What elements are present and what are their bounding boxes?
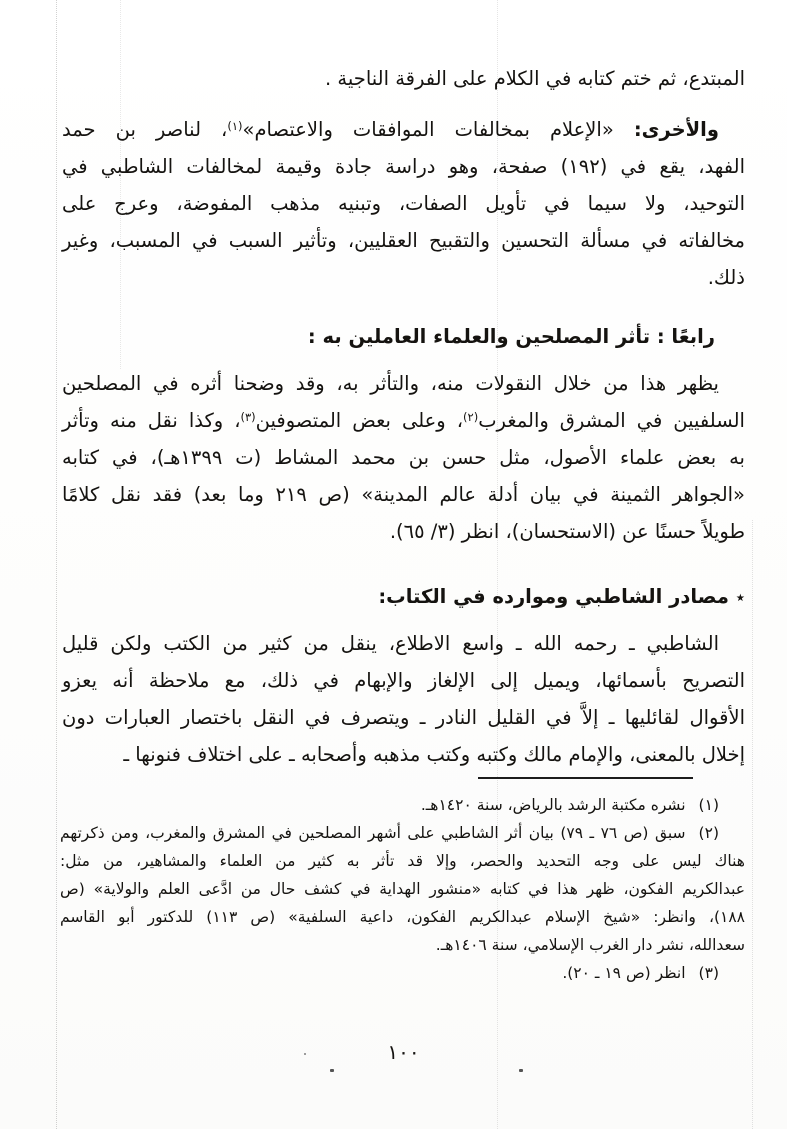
footnote-separator bbox=[478, 777, 693, 779]
footnote-ref-2: (٢) bbox=[463, 410, 478, 424]
body-line: الشاطبي ـ رحمه الله ـ واسع الاطلاع، ينقل… bbox=[62, 625, 745, 662]
footnote-3: (٣)انظر (ص ١٩ ـ ٢٠). bbox=[60, 959, 745, 987]
footnote-number: (٣) bbox=[699, 964, 719, 982]
footnote-2-line: ١٨٨)، وانظر: «شيخ الإسلام عبدالكريم الفك… bbox=[60, 903, 745, 931]
body-line: السلفيين في المشرق والمغرب(٢)، وعلى بعض … bbox=[62, 402, 745, 439]
paragraph-influence: يظهر هذا من خلال النقولات منه، والتأثر ب… bbox=[62, 365, 745, 550]
body-line: به بعض علماء الأصول، مثل حسن بن محمد الم… bbox=[62, 439, 745, 476]
scan-speck bbox=[519, 1069, 523, 1072]
footnote-1: (١)نشره مكتبة الرشد بالرياض، سنة ١٤٢٠هـ. bbox=[60, 791, 745, 819]
scan-artifact-line bbox=[752, 520, 753, 1129]
body-line: مخالفاته في مسألة التحسين والتقبيح العقل… bbox=[62, 222, 745, 259]
footnote-text: انظر (ص ١٩ ـ ٢٠). bbox=[562, 964, 685, 982]
body-line: الفهد، يقع في (١٩٢) صفحة، وهو دراسة جادة… bbox=[62, 148, 745, 185]
footnote-2-line: عبدالكريم الفكون، ظهر هذا في كتابه «منشو… bbox=[60, 875, 745, 903]
star-marker-icon: ٭ bbox=[736, 588, 745, 608]
heading-fourth-influence: رابعًا : تأثر المصلحين والعلماء العاملين… bbox=[62, 318, 745, 355]
footnote-ref-3: (٣) bbox=[240, 410, 255, 424]
body-line: طويلاً حسنًا عن (الاستحسان)، انظر (٣/ ٦٥… bbox=[62, 513, 745, 550]
body-line: إخلال بالمعنى، والإمام مالك وكتبه وكتب م… bbox=[62, 736, 745, 773]
footnote-2-line: هناك ليس على وجه التحديد والحصر، وإلا قد… bbox=[60, 847, 745, 875]
body-text: السلفيين في المشرق والمغرب bbox=[478, 409, 745, 432]
body-text: ، لناصر بن حمد bbox=[62, 118, 227, 141]
main-text-column: المبتدع، ثم ختم كتابه في الكلام على الفر… bbox=[62, 60, 745, 773]
lead-word-bold: والأخرى: bbox=[634, 118, 719, 141]
page-number: ١٠٠ bbox=[62, 1040, 745, 1064]
body-line: والأخرى: «الإعلام بمخالفات الموافقات وال… bbox=[62, 111, 745, 148]
paragraph-alukhra-book: والأخرى: «الإعلام بمخالفات الموافقات وال… bbox=[62, 111, 745, 296]
footnote-text: سبق (ص ٧٦ ـ ٧٩) بيان أثر الشاطبي على أشه… bbox=[60, 824, 686, 842]
footnote-number: (٢) bbox=[699, 824, 719, 842]
body-text: ، وعلى بعض المتصوفين bbox=[256, 409, 463, 432]
body-text: ، وكذا نقل منه وتأثر bbox=[62, 409, 240, 432]
scanned-book-page: المبتدع، ثم ختم كتابه في الكلام على الفر… bbox=[0, 0, 787, 1129]
paragraph-sources: الشاطبي ـ رحمه الله ـ واسع الاطلاع، ينقل… bbox=[62, 625, 745, 773]
body-line: الأقوال لقائليها ـ إلاَّ في القليل الناد… bbox=[62, 699, 745, 736]
body-line: يظهر هذا من خلال النقولات منه، والتأثر ب… bbox=[62, 365, 745, 402]
heading-text: مصادر الشاطبي وموارده في الكتاب: bbox=[378, 585, 729, 608]
body-line: التوحيد، ولا سيما في تأويل الصفات، وتبني… bbox=[62, 185, 745, 222]
scan-artifact-line bbox=[56, 0, 57, 1129]
body-line: التصريح بأسمائها، ويميل إلى الإلغاز والإ… bbox=[62, 662, 745, 699]
footnote-2-line: (٢)سبق (ص ٧٦ ـ ٧٩) بيان أثر الشاطبي على … bbox=[60, 819, 745, 847]
footnotes-section: (١)نشره مكتبة الرشد بالرياض، سنة ١٤٢٠هـ.… bbox=[60, 791, 745, 987]
scan-speck bbox=[330, 1069, 334, 1072]
body-text: «الإعلام بمخالفات الموافقات والاعتصام» bbox=[243, 118, 634, 141]
footnote-text: نشره مكتبة الرشد بالرياض، سنة ١٤٢٠هـ. bbox=[421, 796, 686, 814]
body-line: «الجواهر الثمينة في بيان أدلة عالم المدي… bbox=[62, 476, 745, 513]
footnote-ref-1: (١) bbox=[227, 119, 242, 133]
body-line: المبتدع، ثم ختم كتابه في الكلام على الفر… bbox=[62, 60, 745, 97]
paragraph-continuation: المبتدع، ثم ختم كتابه في الكلام على الفر… bbox=[62, 60, 745, 97]
footnote-number: (١) bbox=[699, 796, 719, 814]
footnote-2-line: سعدالله، نشر دار الغرب الإسلامي، سنة ١٤٠… bbox=[60, 931, 745, 959]
body-line: ذلك. bbox=[62, 259, 745, 296]
heading-sources: ٭ مصادر الشاطبي وموارده في الكتاب: bbox=[62, 578, 745, 617]
